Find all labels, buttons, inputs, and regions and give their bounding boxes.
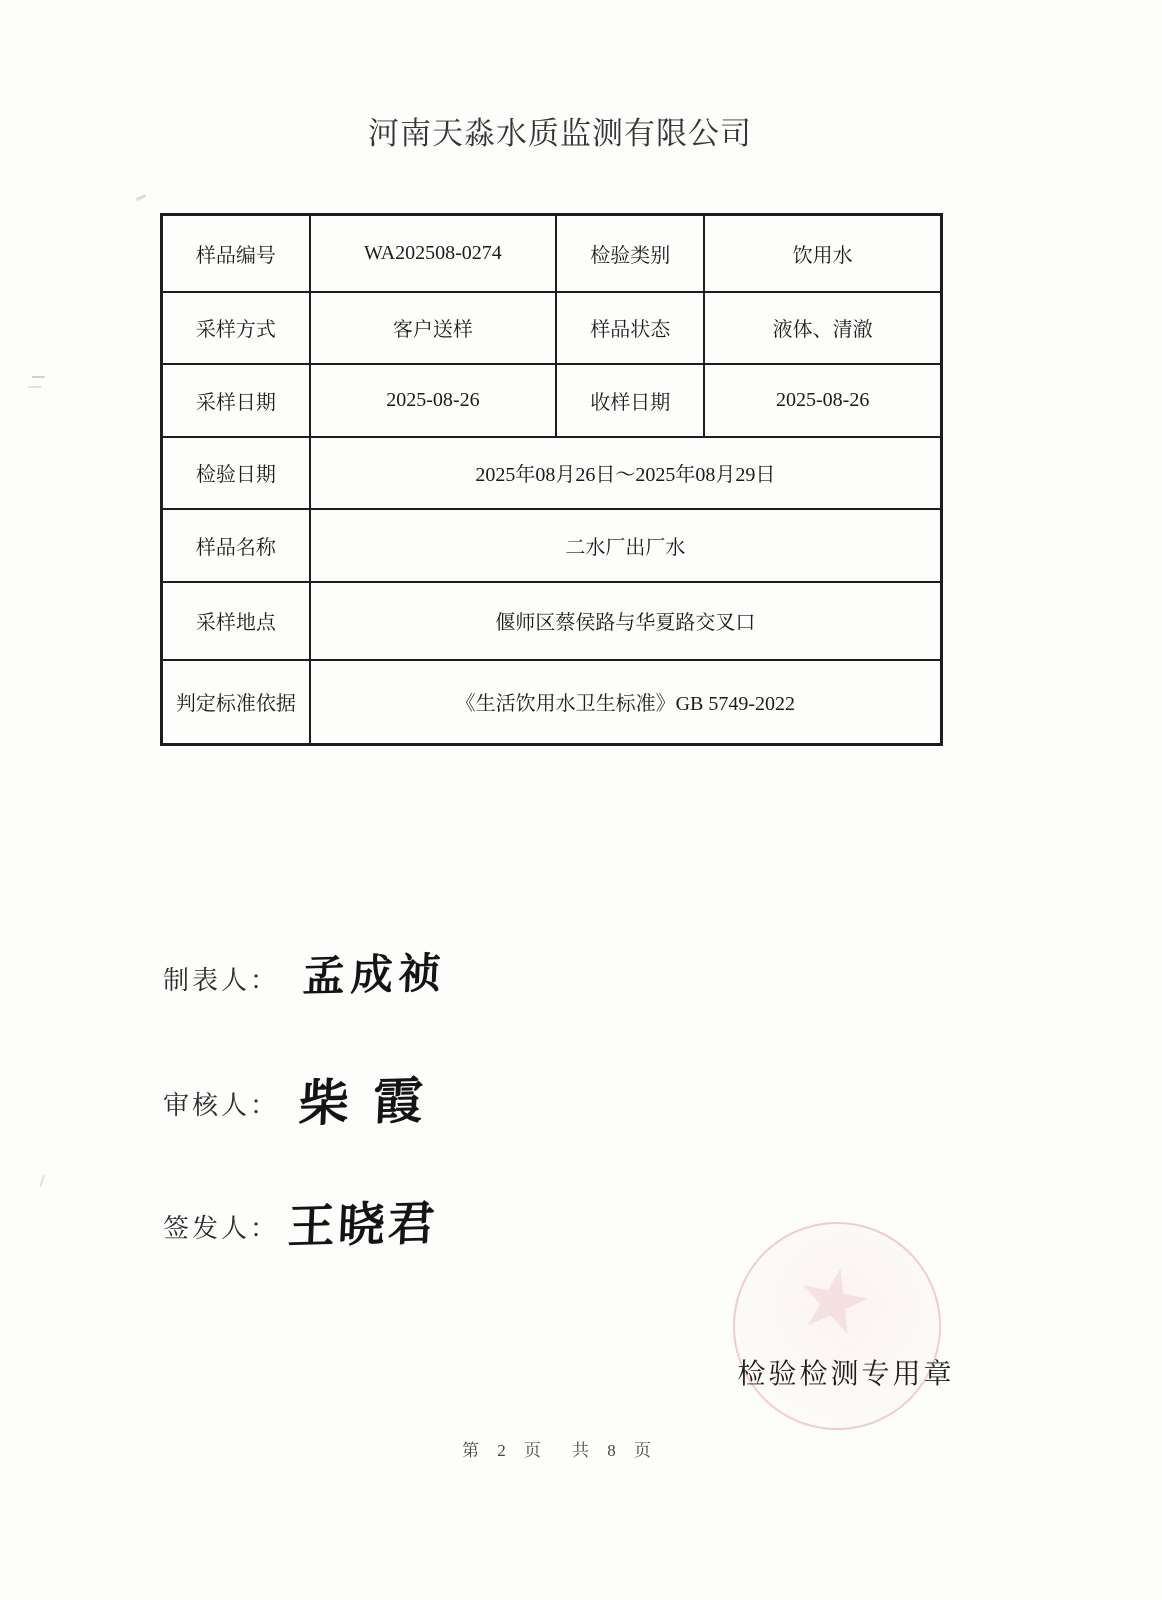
scan-artifact <box>39 1175 51 1189</box>
page-number: 第 2 页 共 8 页 <box>0 1436 1120 1461</box>
seal-label: 检验检测专用章 <box>735 1352 957 1392</box>
test-date-label: 检验日期 <box>162 437 310 509</box>
sample-state-value: 液体、清澈 <box>704 292 941 364</box>
table-row: 检验日期 2025年08月26日～2025年08月29日 <box>162 437 942 509</box>
reviewer-signature: 柴霞 <box>297 1060 448 1136</box>
sample-number-label: 样品编号 <box>162 215 310 292</box>
scan-artifact <box>28 376 45 388</box>
preparer-signature: 孟成祯 <box>302 940 449 1004</box>
sample-name-label: 样品名称 <box>162 509 310 582</box>
sample-number-value: WA202508-0274 <box>310 215 556 292</box>
table-row: 样品名称 二水厂出厂水 <box>162 509 942 582</box>
receive-date-label: 收样日期 <box>556 364 704 437</box>
reviewer-label: 审核人： <box>163 1085 279 1122</box>
issuer-label: 签发人： <box>163 1208 279 1245</box>
table-row: 采样地点 偃师区蔡侯路与华夏路交叉口 <box>162 582 942 660</box>
sample-info-table: 样品编号 WA202508-0274 检验类别 饮用水 采样方式 客户送样 样品… <box>160 213 943 746</box>
scan-artifact <box>136 194 146 201</box>
test-category-label: 检验类别 <box>556 215 704 292</box>
sampling-date-value: 2025-08-26 <box>310 364 556 437</box>
judgment-standard-label: 判定标准依据 <box>162 660 310 745</box>
sample-state-label: 样品状态 <box>556 292 704 364</box>
judgment-standard-value: 《生活饮用水卫生标准》GB 5749-2022 <box>310 660 942 745</box>
page-title: 河南天淼水质监测有限公司 <box>0 108 1120 153</box>
receive-date-value: 2025-08-26 <box>704 364 941 437</box>
test-date-value: 2025年08月26日～2025年08月29日 <box>310 437 942 509</box>
sampling-method-value: 客户送样 <box>310 292 556 364</box>
table-row: 采样方式 客户送样 样品状态 液体、清澈 <box>162 292 942 364</box>
issuer-signature: 王晓君 <box>287 1186 440 1257</box>
sampling-location-label: 采样地点 <box>162 582 310 660</box>
sampling-location-value: 偃师区蔡侯路与华夏路交叉口 <box>310 582 942 660</box>
test-category-value: 饮用水 <box>704 215 941 292</box>
sample-name-value: 二水厂出厂水 <box>310 509 942 582</box>
report-page: 河南天淼水质监测有限公司 样品编号 WA202508-0274 检验类别 饮用水… <box>0 0 1162 1600</box>
sampling-method-label: 采样方式 <box>162 292 310 364</box>
sampling-date-label: 采样日期 <box>162 364 310 437</box>
table-row: 样品编号 WA202508-0274 检验类别 饮用水 <box>162 215 942 292</box>
table-row: 采样日期 2025-08-26 收样日期 2025-08-26 <box>162 364 942 437</box>
table-row: 判定标准依据 《生活饮用水卫生标准》GB 5749-2022 <box>162 660 942 745</box>
preparer-label: 制表人： <box>163 960 279 997</box>
